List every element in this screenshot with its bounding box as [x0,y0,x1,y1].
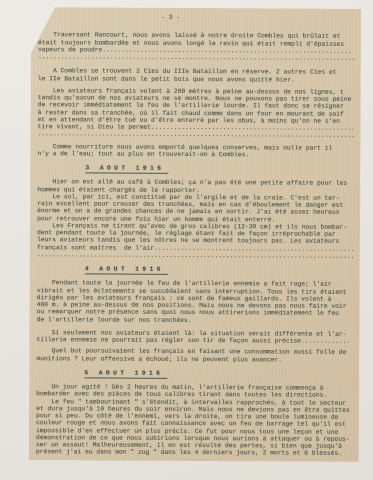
page-number: - 3 - [38,13,356,22]
paragraph-si-seulement: Si seulement nos aviateurs étaient là: l… [36,329,354,345]
date-heading-text: 4 AOUT 1916 [85,265,168,275]
paragraph-feu-tambourinant: Le feu " tambourinant " s'étendit, à int… [36,398,354,458]
page-text-area: - 3 - Traversant Rancourt, nous avons la… [29,7,361,462]
date-heading-text: 5 AOUT 1916 [84,369,167,379]
document-page: - 3 - Traversant Rancourt, nous avons la… [29,7,361,462]
paragraph-artillerie-ennemie: Pendant toute la journée le feu de l'art… [37,279,355,324]
paragraph-cafe-combles: Hier on est allé au café à Combles; ça n… [37,178,355,194]
date-heading-text: 3 AOUT 1916 [85,164,168,174]
paragraph-nourriture: Comme nourriture nous avons emporté quel… [37,143,355,159]
scanned-document-background: - 3 - Traversant Rancourt, nous avons la… [0,0,373,480]
paragraph-traversant-rancourt: Traversant Rancourt, nous avons laissé à… [38,31,356,62]
paragraph-gros-calibres: Les Français ne tirent qu'avec de gros c… [37,222,355,260]
paragraph-quel-but: Quel but poursuivaient les français en f… [36,347,354,363]
paragraph-le-sol: Le sol, par ici, est constitué par de l'… [37,193,355,224]
date-heading-5-aout-1916: 5 AOUT 1916 [36,369,354,380]
date-heading-4-aout-1916: 4 AOUT 1916 [37,265,355,276]
paragraph-les-aviateurs: Les aviateurs français volent à 200 mètr… [38,87,356,139]
paragraph-a-combles: A Combles se trouvent 2 Cies du IIIe Bat… [38,67,356,83]
date-heading-3-aout-1916: 3 AOUT 1916 [37,164,355,175]
paragraph-jour-agite: Un jour agité ! Dès 2 heures du matin, l… [36,383,354,399]
